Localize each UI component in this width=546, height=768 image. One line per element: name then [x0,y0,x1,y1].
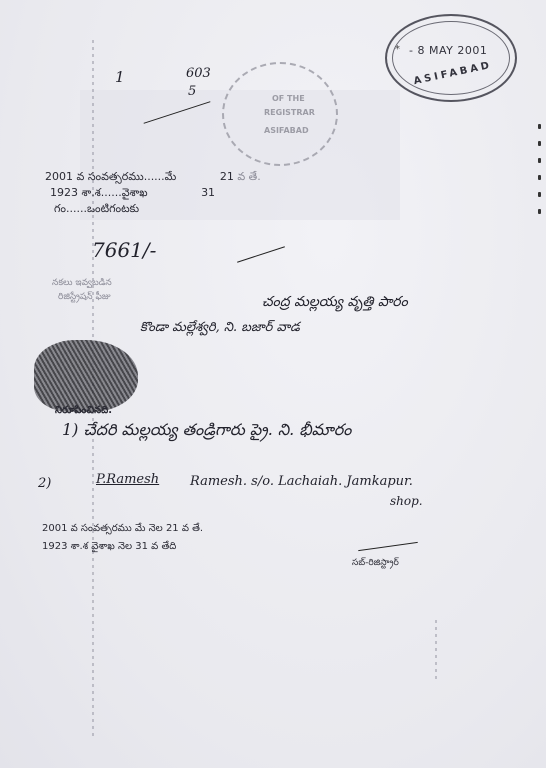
witness-2-signature: P.Ramesh [96,472,159,487]
registrar-seal: OF THE REGISTRAR ASIFABAD [222,62,338,166]
fold-line [435,620,437,680]
day-value: 21 [220,170,234,183]
stamp-date: - 8 MAY 2001 [409,44,487,57]
witness-2-details: Ramesh. s/o. Lachaiah. Jamkapur. [190,474,413,489]
fee-label-2: రిజిస్ట్రేషన్ ఫీజు [58,292,111,304]
witness-1-text: చేదరి మల్లయ్య తండ్రిగారు ప్రై. ని. భీమార… [84,420,352,439]
date-stamp: * - 8 MAY 2001 ASIFABAD [385,14,517,102]
scanned-document-page: * - 8 MAY 2001 ASIFABAD OF THE REGISTRAR… [0,0,546,768]
witness-1-index: 1) [62,420,78,439]
thumb-impression [34,340,138,412]
sub-registrar-label: సబ్-రిజిస్ట్రార్ [352,558,399,570]
stamp-place: ASIFABAD [413,60,493,87]
presenter-line-1: చంద్ర మల్లయ్య వృత్తి పారం [262,294,408,313]
presenter-line-2: కొండా మల్లేశ్వరి, ని. బజార్ వాడ [140,320,300,338]
binding-marks [538,124,541,226]
seal-line-1: OF THE [272,94,305,103]
date-line-2: 1923 శా.శ......వైశాఖ 31 [50,186,215,202]
date-line-1: 2001 వ సంవత్సరము......మే 21 వ తే. [45,170,261,186]
note-number-mid: 5 [188,84,196,99]
date-line-3: 2001 వ సంవత్సరము మే నెల 21 వ తే. [42,522,203,536]
witness-2-occupation: shop. [390,494,423,508]
saka-month: శా.శ......వైశాఖ [82,186,148,199]
witness-1: 1) చేదరి మల్లయ్య తండ్రిగారు ప్రై. ని. భీ… [62,420,351,443]
time-line: గం......ఒంటిగంటకు [54,202,139,218]
official-signature [237,246,285,262]
fee-label-1: నకలు ఇవ్వబడిన [52,278,112,290]
sub-registrar-signature [358,542,418,551]
star-icon: * [395,44,400,55]
witness-2-index: 2) [38,476,51,491]
saka-year: 1923 [50,186,78,199]
day-suffix: వ తే. [237,170,260,183]
note-number-small: 1 [115,68,125,86]
seal-line-3: ASIFABAD [264,126,309,135]
amount-value: 7661/- [92,238,156,262]
note-number-top: 603 [186,66,211,81]
year-value: 2001 [45,170,73,183]
seal-line-2: REGISTRAR [264,108,315,117]
month-text: వ సంవత్సరము......మే [77,170,177,183]
saka-day: 31 [201,186,215,199]
identified-label: నిరూపించినది. [55,404,112,418]
date-line-4: 1923 శా.శ వైశాఖ నెల 31 వ తేది [42,540,176,554]
